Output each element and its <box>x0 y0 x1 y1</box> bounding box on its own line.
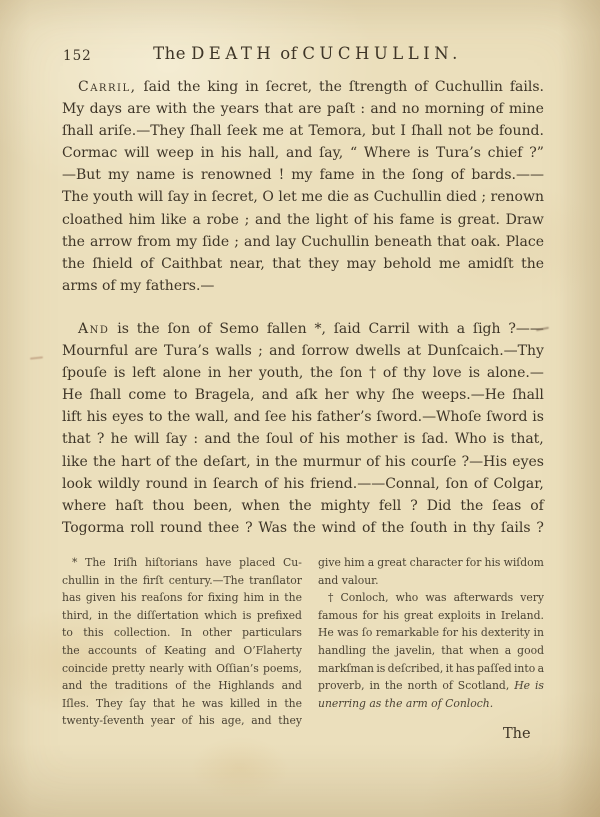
text-line: theſhieldofCaithbatnear,thattheymaybehol… <box>62 253 544 275</box>
text-line: wherehaſtthoubeen,whenthemightyfell?Didt… <box>62 495 544 517</box>
footnote-column-left: *TheIriſhhiſtorianshaveplacedCu-chullini… <box>62 554 302 730</box>
text-line: handlingthejavelin,thatwhenagood <box>318 642 544 660</box>
text-line: likethehartofthedeſart,inthemurmurofhisc… <box>62 451 544 473</box>
text-line: hasgivenhisreaſonsforfixinghiminthe <box>62 589 302 607</box>
text-line: thearrowfrommyſide;andlayCuchullinbeneat… <box>62 231 544 253</box>
scan-artifact-mark-2 <box>30 356 43 359</box>
text-line: MournfulareTura’swalls;andſorrowdwellsat… <box>62 340 544 362</box>
text-line: and valour. <box>318 572 544 590</box>
text-line: theaccountsofKeatingandO’Flaherty <box>62 642 302 660</box>
running-title: TheDEATHofCUCHULLIN. <box>62 42 544 66</box>
running-title-pre: The <box>153 44 186 63</box>
text-line: †Conloch,whowasafterwardsvery <box>318 589 544 607</box>
text-line: Theyouthwillſayinſecret,OletmedieasCuchu… <box>62 186 544 208</box>
book-page: 152 TheDEATHofCUCHULLIN. Carril,ſaidthek… <box>0 0 600 817</box>
text-line: twenty-ſeventhyearofhisage,andthey <box>62 712 302 730</box>
footnotes: *TheIriſhhiſtorianshaveplacedCu-chullini… <box>62 554 544 730</box>
text-line: HeſhallcometoBragela,andaſkherwhyſheweep… <box>62 384 544 406</box>
running-title-mid: of <box>280 44 297 63</box>
text-line: Carril,ſaidthekinginſecret,theſtrengthof… <box>62 76 544 98</box>
text-line: Hewasſoremarkableforhisdexterityin <box>318 624 544 642</box>
text-line: coincideprettynearlywithOſſian’spoems, <box>62 660 302 678</box>
catchword: The <box>503 724 531 744</box>
text-line: ſhallariſe.—TheyſhallſeekmeatTemora,butI… <box>62 120 544 142</box>
text-line: lifthiseyestothewall,andſeehisfather’sſw… <box>62 406 544 428</box>
text-line: famousforhisgreatexploitsinIreland. <box>318 607 544 625</box>
page-header: 152 TheDEATHofCUCHULLIN. <box>62 42 544 68</box>
text-line: markſmanisdeſcribed,ithaspaſſedintoa <box>318 660 544 678</box>
text-line: ſpouſeisleftaloneinheryouth,theſon†ofthy… <box>62 362 544 384</box>
text-line: *TheIriſhhiſtorianshaveplacedCu- <box>62 554 302 572</box>
text-line: chullininthefirſtcentury.—Thetranſlator <box>62 572 302 590</box>
text-line: cloathedhimlikearobe;andthelightofhisfam… <box>62 209 544 231</box>
paragraph-2: AndistheſonofSemofallen*,ſaidCarrilwitha… <box>62 318 544 539</box>
text-line: third,inthediſſertationwhichisprefixed <box>62 607 302 625</box>
page-number: 152 <box>63 44 92 68</box>
text-line: that?hewillſay:andtheſoulofhismotherisſa… <box>62 428 544 450</box>
text-line: givehimagreatcharacterforhiswiſdom <box>318 554 544 572</box>
text-line: unerring as the arm of Conloch. <box>318 695 544 713</box>
running-title-caps1: DEATH <box>191 44 275 63</box>
text-line: lookwildlyroundinſearchofhisfriend.——Con… <box>62 473 544 495</box>
paragraph-1: Carril,ſaidthekinginſecret,theſtrengthof… <box>62 76 544 297</box>
text-line: Togormarollroundthee?Wasthewindoftheſout… <box>62 517 544 539</box>
text-line: arms of my fathers.— <box>62 275 544 297</box>
footnote-column-right: givehimagreatcharacterforhiswiſdomand va… <box>318 554 544 730</box>
text-line: proverb,inthenorthofScotland,Heis <box>318 677 544 695</box>
text-line: —Butmynameisrenowned!myfameintheſongofba… <box>62 164 544 186</box>
running-title-caps2: CUCHULLIN. <box>302 44 462 63</box>
text-line: andthetraditionsoftheHighlandsand <box>62 677 302 695</box>
text-line: tothiscollection.Inotherparticulars <box>62 624 302 642</box>
text-line: Cormacwillweepinhishall,andſay,“WhereisT… <box>62 142 544 164</box>
text-line: AndistheſonofSemofallen*,ſaidCarrilwitha… <box>62 318 544 340</box>
text-line: Iſles.Theyſaythathewaskilledinthe <box>62 695 302 713</box>
text-line: Mydaysarewiththeyearsthatarepaſt:andnomo… <box>62 98 544 120</box>
